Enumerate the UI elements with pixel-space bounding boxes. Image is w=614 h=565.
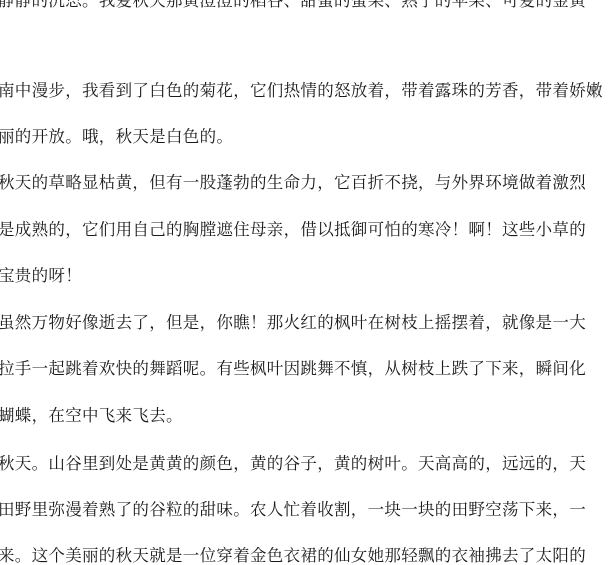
text-line-9: 蝴蝶，在空中飞来飞去。 <box>0 406 183 426</box>
text-line-8: 拉手一起跳着欢快的舞蹈呢。有些枫叶因跳舞不慎，从树枝上跌了下来，瞬间化 <box>0 359 586 379</box>
document-page: 静静的沉思。我爱秋天那黄澄澄的稻谷、甜蜜的蜜果、熟了的苹果、可爱的金黄 南中漫步… <box>0 0 614 565</box>
text-line-6: 宝贵的呀！ <box>0 266 82 286</box>
text-line-1: 静静的沉思。我爱秋天那黄澄澄的稻谷、甜蜜的蜜果、熟了的苹果、可爱的金黄 <box>0 0 586 11</box>
text-line-11: 田野里弥漫着熟了的谷粒的甜味。农人忙着收割，一块一块的田野空荡下来，一 <box>0 500 586 520</box>
text-line-2: 南中漫步，我看到了白色的菊花，它们热情的怒放着，带着露珠的芳香，带着娇嫩 <box>0 81 603 101</box>
text-line-5: 是成熟的，它们用自己的胸膛遮住母亲，借以抵御可怕的寒冷！啊！这些小草的 <box>0 220 586 240</box>
text-line-12: 来。这个美丽的秋天就是一位穿着金色衣裙的仙女她那轻飘的衣袖拂去了太阳的 <box>0 546 586 565</box>
text-line-4: 秋天的草略显枯黄，但有一股蓬勃的生命力，它百折不挠，与外界环境做着激烈 <box>0 173 586 193</box>
text-line-7: 虽然万物好像逝去了，但是，你瞧！那火红的枫叶在树枝上摇摆着，就像是一大 <box>0 313 586 333</box>
text-line-10: 秋天。山谷里到处是黄黄的颜色，黄的谷子，黄的树叶。天高高的，远远的，天 <box>0 454 586 474</box>
text-line-3: 丽的开放。哦，秋天是白色的。 <box>0 127 233 147</box>
